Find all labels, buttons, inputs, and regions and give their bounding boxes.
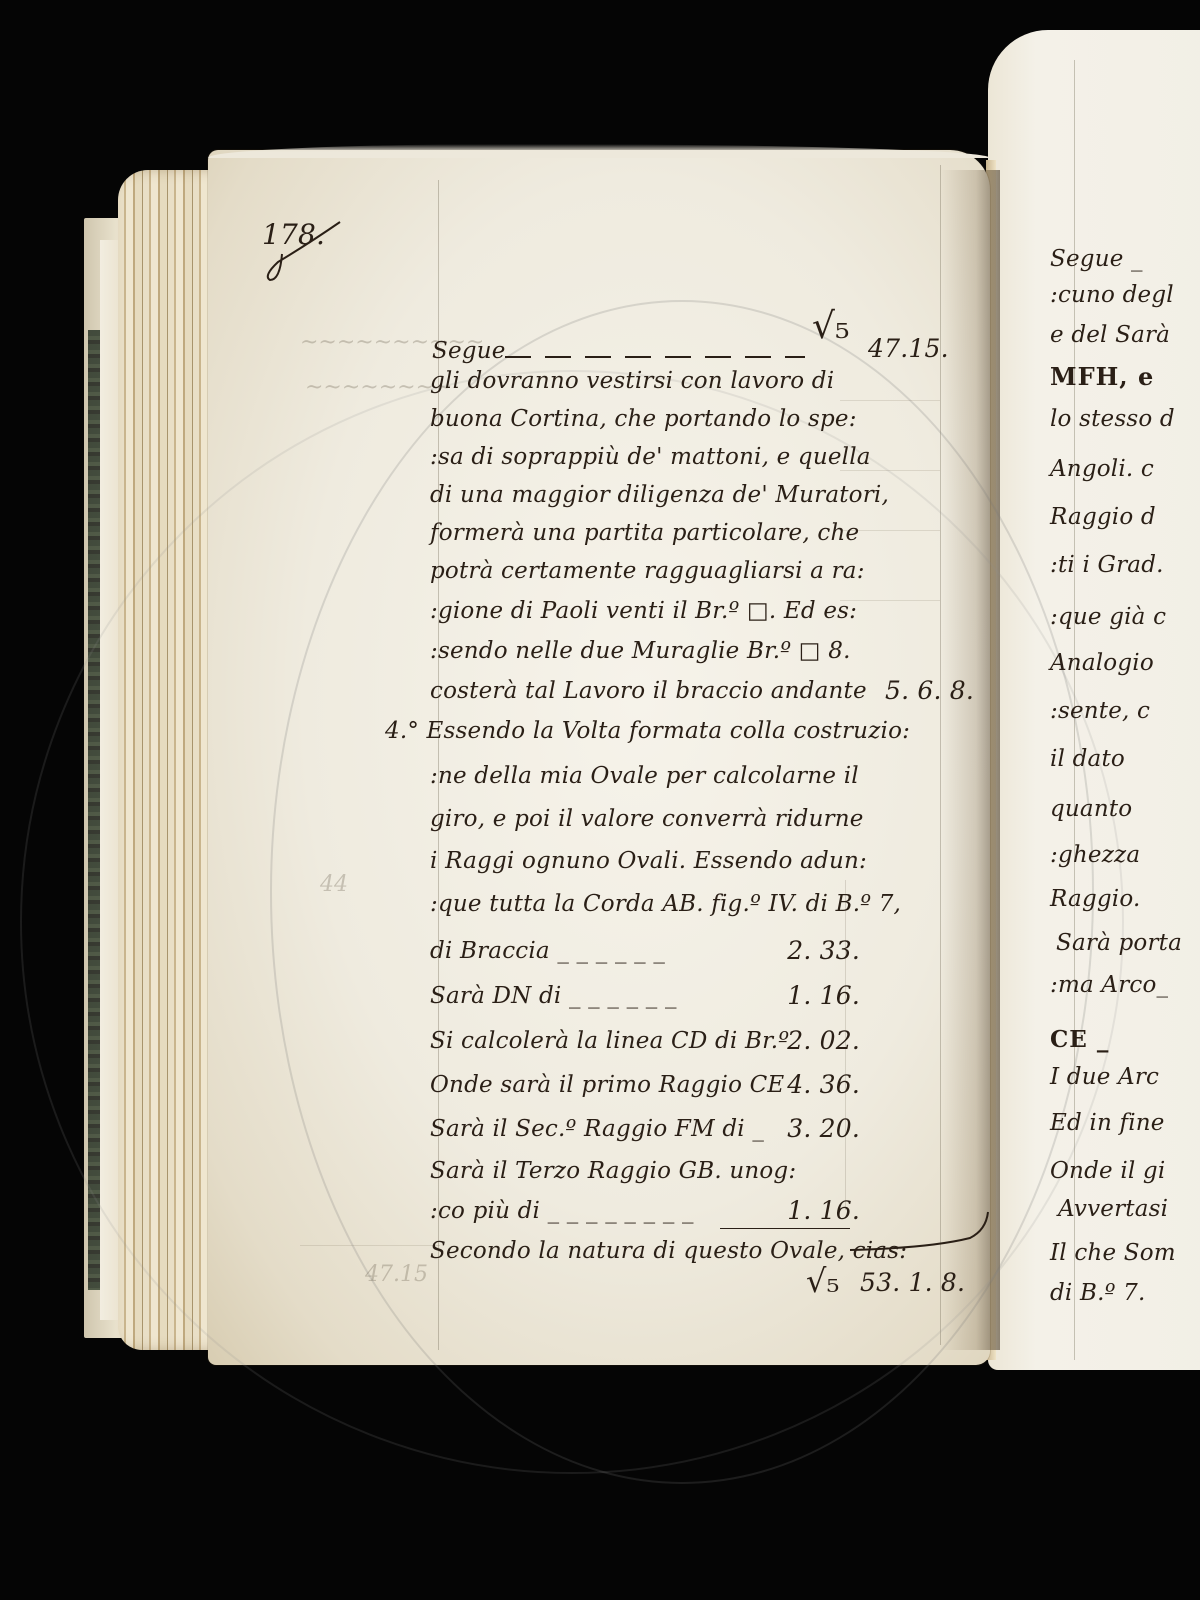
manuscript-line: buona Cortina, che portando lo spe: bbox=[430, 408, 857, 431]
manuscript-line: potrà certamente ragguagliarsi a ra: bbox=[430, 560, 865, 583]
ruled-line bbox=[840, 470, 940, 471]
manuscript-line: Si calcolerà la linea CD di Br.º bbox=[430, 1030, 789, 1053]
section-4-paragraph-start: 4.° Essendo la Volta formata colla costr… bbox=[385, 720, 910, 743]
ruled-line bbox=[840, 400, 940, 401]
line-amount-costera: 5. 6. 8. bbox=[885, 676, 974, 705]
gutter-shadow bbox=[940, 170, 1000, 1350]
manuscript-line: Sarà il Sec.º Raggio FM di _ bbox=[430, 1118, 764, 1141]
amount-dn: 1. 16. bbox=[770, 981, 860, 1010]
amount-raggio-fm: 3. 20. bbox=[770, 1114, 860, 1143]
manuscript-line: i Raggi ognuno Ovali. Essendo adun: bbox=[430, 850, 867, 873]
ruled-line bbox=[300, 1245, 440, 1246]
right-page bbox=[988, 30, 1200, 1370]
bleed-through-number: 47.15 bbox=[365, 1262, 428, 1287]
manuscript-line: Onde sarà il primo Raggio CE bbox=[430, 1074, 784, 1097]
manuscript-line: :sendo nelle due Muraglie Br.º □ 8. bbox=[430, 640, 851, 663]
manuscript-line: :que tutta la Corda AB. fig.º IV. di B.º… bbox=[430, 893, 901, 916]
folio-number: 178. bbox=[262, 218, 325, 251]
right-page-margin-rule bbox=[1074, 60, 1075, 1360]
manuscript-line: di Braccia _ _ _ _ _ _ bbox=[430, 940, 665, 963]
manuscript-photo: ~~~~~~~~~~ ~~~~~~~~ 44 47.15 178. Segue … bbox=[0, 0, 1200, 1600]
manuscript-line: Sarà DN di _ _ _ _ _ _ bbox=[430, 985, 677, 1008]
manuscript-line: :ne della mia Ovale per calcolarne il bbox=[430, 765, 859, 788]
bleed-through-number: 44 bbox=[320, 872, 348, 897]
leader-dashes bbox=[505, 356, 805, 358]
manuscript-line: formerà una partita particolare, che bbox=[430, 522, 859, 545]
manuscript-line: giro, e poi il valore converrà ridurne bbox=[430, 808, 864, 831]
amount-raggio-ce: 4. 36. bbox=[770, 1070, 860, 1099]
carry-forward-amount: 47.15. bbox=[868, 334, 949, 363]
manuscript-line: :gione di Paoli venti il Br.º □. Ed es: bbox=[430, 600, 857, 623]
manuscript-line: di una maggior diligenza de' Muratori, bbox=[430, 484, 889, 507]
book-binding-spine bbox=[88, 330, 100, 1290]
lire-symbol: √₅ bbox=[812, 306, 850, 347]
manuscript-line: costerà tal Lavoro il braccio andante bbox=[430, 680, 867, 703]
segue-label: Segue bbox=[432, 340, 506, 363]
manuscript-line: :sa di soprappiù de' mattoni, e quella bbox=[430, 446, 871, 469]
manuscript-line: gli dovranno vestirsi con lavoro di bbox=[430, 370, 834, 393]
amount-braccia-de: 2. 33. bbox=[770, 936, 860, 965]
amount-cd: 2. 02. bbox=[770, 1026, 860, 1055]
